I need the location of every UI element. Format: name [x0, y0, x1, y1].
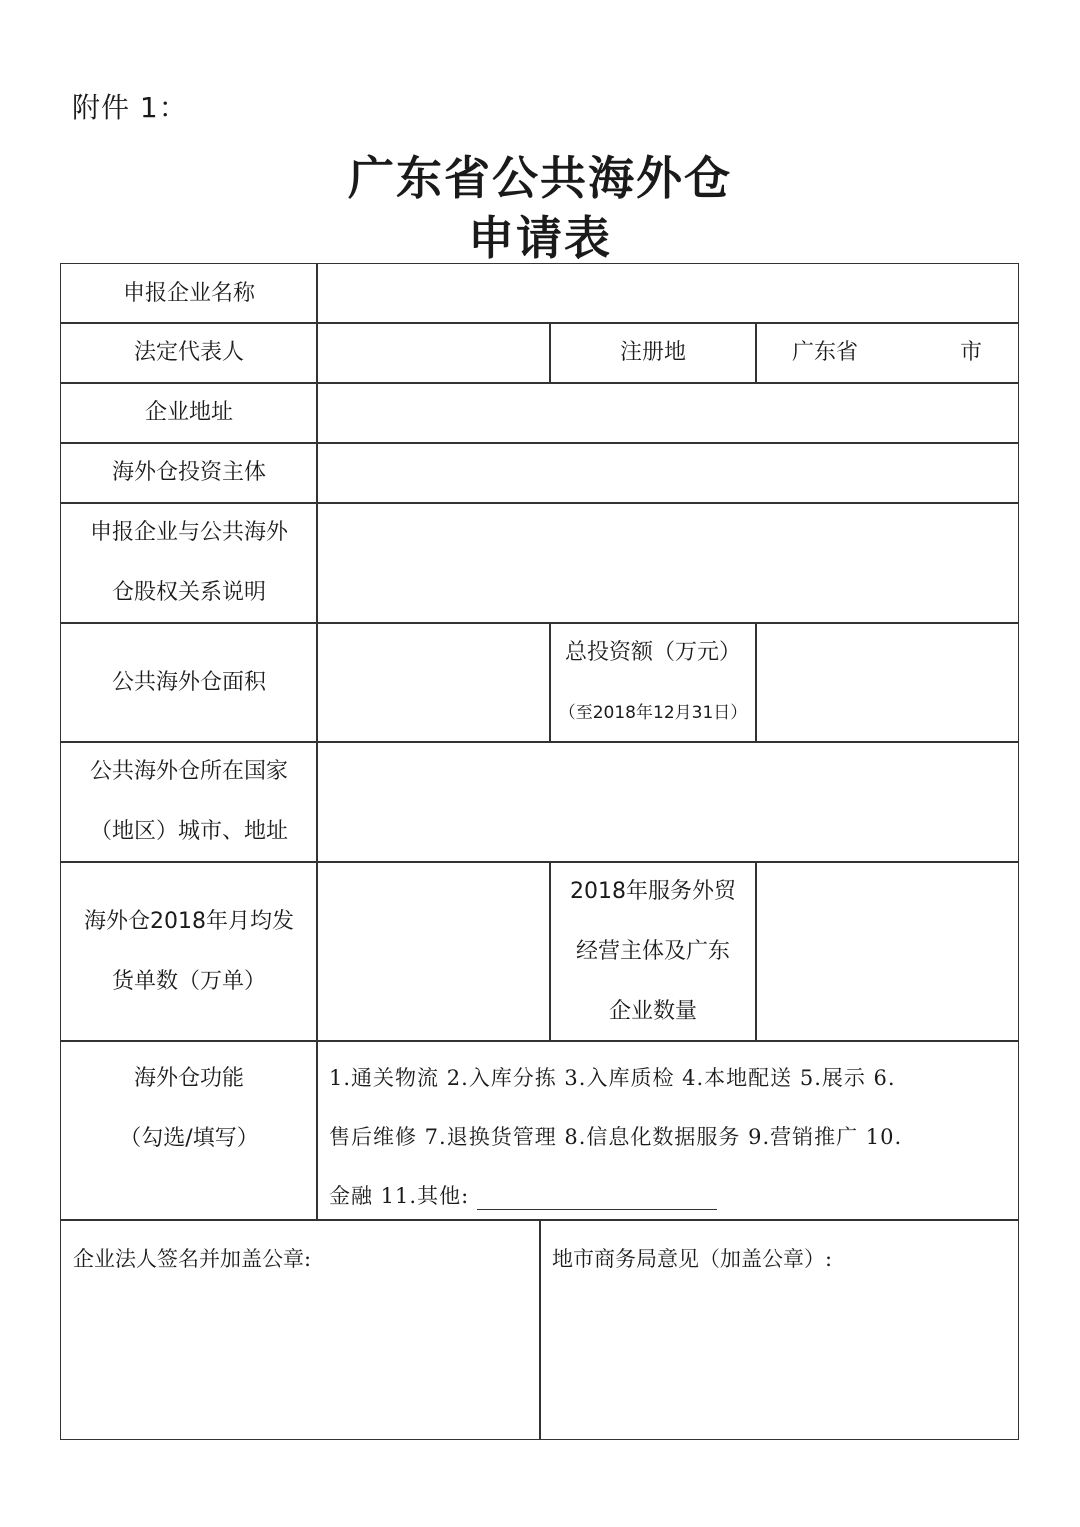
application-form-table: 申报企业名称 法定代表人 注册地 广东省 市 企业地址 海外仓投资主体 申报企业… [60, 263, 1019, 1440]
other-label: 金融 11.其他: [329, 1184, 469, 1208]
orders-label: 海外仓2018年月均发 货单数（万单） [60, 861, 318, 1042]
investor-label: 海外仓投资主体 [60, 442, 318, 504]
investment-label: 总投资额（万元） （至2018年12月31日） [549, 622, 757, 743]
area-field[interactable] [316, 622, 551, 743]
enterprise-line1: 2018年服务外贸 [570, 862, 736, 922]
company-name-label: 申报企业名称 [60, 263, 318, 324]
functions-label-line1: 海外仓功能 [134, 1049, 244, 1109]
orders-label-line1: 海外仓2018年月均发 [84, 892, 294, 952]
functions-line1: 1.通关物流 2.入库分拣 3.入库质检 4.本地配送 5.展示 6. [329, 1049, 896, 1108]
enterprise-count-field[interactable] [755, 861, 1019, 1042]
investment-label-text: 总投资额（万元） [565, 623, 741, 683]
functions-options[interactable]: 1.通关物流 2.入库分拣 3.入库质检 4.本地配送 5.展示 6. 售后维修… [316, 1040, 1019, 1221]
bureau-opinion-label: 地市商务局意见（加盖公章）: [552, 1234, 832, 1284]
legal-signature-label: 企业法人签名并加盖公章: [73, 1234, 311, 1284]
area-label: 公共海外仓面积 [60, 622, 318, 743]
city-suffix: 市 [960, 323, 982, 383]
location-label: 公共海外仓所在国家 （地区）城市、地址 [60, 741, 318, 863]
address-label: 企业地址 [60, 382, 318, 444]
location-label-line1: 公共海外仓所在国家 [90, 742, 288, 802]
other-input-line[interactable] [477, 1185, 717, 1210]
functions-line3: 金融 11.其他: [329, 1167, 717, 1226]
address-field[interactable] [316, 382, 1019, 444]
orders-label-line2: 货单数（万单） [112, 952, 266, 1012]
functions-label-line2: （勾选/填写） [119, 1109, 258, 1169]
company-name-field[interactable] [316, 263, 1019, 324]
equity-label-line1: 申报企业与公共海外 [90, 503, 288, 563]
equity-label-line2: 仓股权关系说明 [112, 563, 266, 623]
registration-label: 注册地 [549, 322, 757, 384]
legal-rep-label: 法定代表人 [60, 322, 318, 384]
registration-field[interactable]: 广东省 市 [755, 322, 1019, 384]
functions-line2: 售后维修 7.退换货管理 8.信息化数据服务 9.营销推广 10. [329, 1108, 902, 1167]
legal-signature-box[interactable]: 企业法人签名并加盖公章: [60, 1219, 541, 1440]
investment-field[interactable] [755, 622, 1019, 743]
enterprise-line2: 经营主体及广东 [576, 922, 730, 982]
investor-field[interactable] [316, 442, 1019, 504]
enterprise-line3: 企业数量 [609, 982, 697, 1042]
province-text: 广东省 [792, 323, 858, 383]
attachment-label: 附件 1： [72, 86, 188, 126]
bureau-opinion-box[interactable]: 地市商务局意见（加盖公章）: [539, 1219, 1019, 1440]
location-field[interactable] [316, 741, 1019, 863]
orders-field[interactable] [316, 861, 551, 1042]
form-title: 广东省公共海外仓 [0, 142, 1080, 208]
location-label-line2: （地区）城市、地址 [90, 802, 288, 862]
investment-note: （至2018年12月31日） [559, 683, 748, 743]
enterprise-count-label: 2018年服务外贸 经营主体及广东 企业数量 [549, 861, 757, 1042]
equity-field[interactable] [316, 502, 1019, 624]
functions-label: 海外仓功能 （勾选/填写） [60, 1040, 318, 1221]
equity-label: 申报企业与公共海外 仓股权关系说明 [60, 502, 318, 624]
legal-rep-field[interactable] [316, 322, 551, 384]
form-subtitle: 申请表 [0, 202, 1080, 268]
